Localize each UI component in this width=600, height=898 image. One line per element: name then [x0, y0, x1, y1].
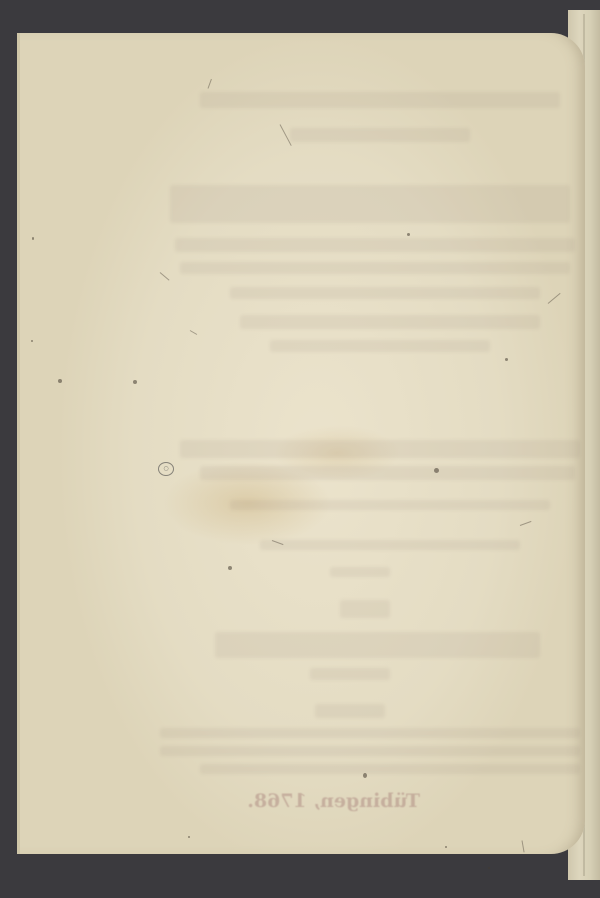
show-through-line-6 [240, 315, 540, 329]
show-through-line-14 [310, 668, 390, 680]
paper-speck [505, 358, 508, 361]
paper-speck [31, 340, 33, 342]
show-through-line-16 [160, 728, 580, 738]
show-through-line-15 [315, 704, 385, 718]
paper-speck [363, 773, 367, 778]
paper-speck [228, 566, 232, 570]
paper-speck [407, 233, 410, 236]
show-through-line-12 [330, 567, 390, 577]
paper-speck [188, 836, 190, 838]
show-through-line-13 [340, 600, 390, 618]
paper-speck [434, 468, 439, 473]
show-through-line-11 [260, 540, 520, 550]
show-through-line-10 [230, 500, 550, 510]
show-through-imprint: Tübingen, 1768. [270, 790, 420, 812]
paper-speck [58, 379, 62, 383]
show-through-title [170, 185, 570, 223]
show-through-line-4 [180, 262, 570, 274]
show-through-line-18 [200, 764, 580, 774]
show-through-line-17 [160, 746, 580, 756]
show-through-line-5 [230, 287, 540, 299]
stamp-mark-icon: ○ [158, 462, 174, 476]
show-through-line-1 [200, 92, 560, 108]
show-through-line-2 [290, 128, 470, 142]
paper-speck [32, 237, 34, 240]
paper-speck [133, 380, 137, 384]
paper-speck [488, 867, 490, 869]
show-through-line-3 [175, 238, 575, 252]
show-through-name [215, 632, 540, 658]
show-through-line-9 [200, 466, 575, 480]
paper-speck [445, 846, 447, 848]
show-through-line-8 [180, 440, 580, 458]
show-through-line-7 [270, 340, 490, 352]
page-left-edge [17, 33, 20, 854]
